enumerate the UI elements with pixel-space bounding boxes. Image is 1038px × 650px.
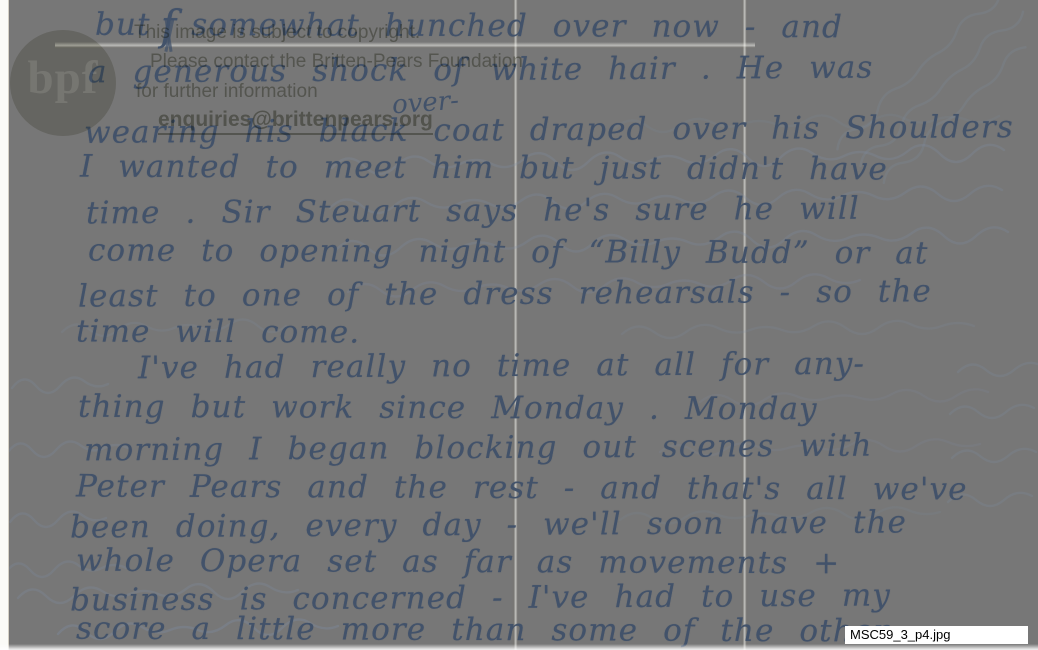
scan-edge-bottom bbox=[0, 644, 1038, 650]
handwritten-line: I wanted to meet him but just didn't hav… bbox=[80, 149, 888, 188]
handwritten-line: whole Opera set as far as movements + bbox=[76, 543, 840, 582]
handwritten-line: come to opening night of “Billy Budd” or… bbox=[88, 233, 929, 272]
handwritten-line: least to one of the dress rehearsals - s… bbox=[78, 273, 932, 314]
handwritten-line: butfsomewhat hunched over now - and bbox=[95, 7, 843, 46]
handwritten-line: been doing, every day - we'll soon have … bbox=[70, 504, 907, 545]
scan-edge-left bbox=[0, 0, 9, 650]
handwritten-line: I've had really no time at all for any- bbox=[138, 346, 865, 386]
handwritten-word: but bbox=[95, 7, 151, 43]
handwritten-line: morning I began blocking out scenes with bbox=[84, 428, 873, 469]
handwritten-line: Peter Pears and the rest - and that's al… bbox=[76, 468, 968, 507]
letter-scan: butfsomewhat hunched over now - and a ge… bbox=[0, 0, 1038, 650]
handwritten-line: thing but work since Monday . Monday bbox=[78, 389, 818, 428]
filename-label: MSC59_3_p4.jpg bbox=[845, 626, 1028, 644]
handwritten-line: wearing his black coat draped over his S… bbox=[84, 109, 1014, 151]
handwritten-line: time will come. bbox=[76, 314, 360, 351]
handwritten-word: somewhat hunched over now - and bbox=[191, 7, 843, 45]
handwritten-line: a generous shock of white hair . He was bbox=[88, 50, 874, 91]
handwritten-line: time . Sir Steuart says he's sure he wil… bbox=[86, 191, 860, 232]
